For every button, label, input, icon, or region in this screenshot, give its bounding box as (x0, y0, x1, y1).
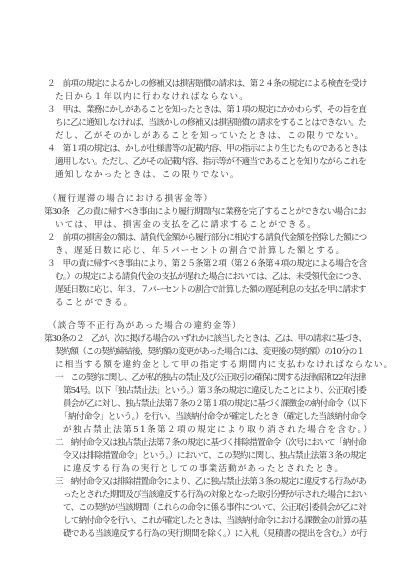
document-text-line: ったとされた期間及び当該違反する行為の対象となった取引分野が示された場合におい (63, 490, 366, 501)
document-text-line: 一 この契約に関し、乙が私的独占の禁止及び公正取引の確保に関する法律(昭和22年… (55, 373, 366, 384)
document-text-line: 員会が乙に対し、独占禁止法第７条の２第１項の規定に基づく課徴金の納付命令（以下 (63, 399, 366, 410)
document-text-line: き、遅延日数に応じ、年５パーセントの割合で計算した額とする。 (55, 246, 345, 257)
document-text-line: 第30条の２ 乙が、次に掲げる場合のいずれかに該当したときは、乙は、甲の請求に基… (44, 334, 366, 345)
document-text-line: ３ 甲は、業務にかしがあることを知ったときは、第１項の規定にかかわらず、その旨を… (47, 105, 366, 116)
document-text-line: 遅延日数に応じ、年３．７パーセントの割合で計算した額の遅延利息の支払を甲に請求す (55, 285, 366, 296)
document-text-line: ちに乙に通知しなければ、当該かしの修補又は損害賠償の請求をすることはできない。た (55, 118, 366, 129)
document-text-line: に違反する行為の実行としての事業活動があったとされたとき。 (63, 464, 344, 475)
document-text-line: （談合等不正行為があった場合の違約金等） (48, 321, 242, 332)
document-text-line: いては、甲は、損害金の支払を乙に請求することができる。 (55, 220, 317, 231)
document-text-line: に相当する額を違約金として甲の指定する期間内に支払わなければならない。 (55, 360, 393, 371)
document-text-line: ２ 前項の損害金の額は、請負代金額から履行部分に相応する請負代金額を控除した額に… (47, 233, 366, 244)
document-text-line: て、この契約が当該期間（これらの命令に係る事件について、公正取引委員会が乙に対 (63, 503, 366, 514)
document-text-line: む。）の規定による請負代金の支払が遅れた場合においては、乙は、未受領代金につき、 (55, 272, 366, 283)
document-text-line: た日から１年以内に行わなければならない。 (55, 92, 249, 103)
document-text-line: 礎である当該違反する行為の実行期間を除く。）に入札（見積書の提出を含む。）が行 (63, 529, 367, 540)
document-text-line: 「納付命令」という。）を行い、当該納付命令が確定したとき（確定した当該納付命令 (60, 412, 366, 423)
document-text-line: ３ 甲の責に帰すべき事由により、第２５条第２項（第２６条第４項の規定による場合を… (47, 259, 366, 270)
document-text-line: ることができる。 (55, 298, 134, 309)
document-text-line: して納付命令を行い、これが確定したときは、当該納付命令における課徴金の計算の基 (63, 516, 366, 527)
document-text-line: 通知しなかったときは、この限りでない。 (55, 170, 240, 181)
document-text-line: ２ 前項の規定によるかしの修補又は損害賠償の請求は、第２４条の規定による検査を受… (47, 79, 367, 90)
document-text-line: だし、乙がそのかしがあることを知っていたときは、この限りでない。 (55, 131, 364, 142)
document-text-line: が独占禁止法第51条第２項の規定により取り消された場合を含む。） (63, 425, 373, 436)
document-text-line: 二 納付命令又は独占禁止法第７条の規定に基づく排除措置命令（次号において「納付命 (55, 438, 366, 449)
document-text-line: 第54号。以下「独占禁止法」という。）第３条の規定に違反したことにより、公正取引… (63, 386, 366, 397)
document-text-line: 契約額（この契約締結後、契約額の変更があった場合には、変更後の契約額）の10分の… (55, 347, 364, 358)
document-text-line: 第30条 乙の責に帰すべき事由により履行期間内に業務を完了することができない場合… (44, 207, 366, 218)
document-text-line: 令又は排除措置命令」という。）において、この契約に関し、独占禁止法第３条の規定 (63, 451, 366, 462)
document-text-line: （履行遅滞の場合における損害金等） (48, 194, 213, 205)
document-text-line: 適用しない。ただし、乙がその記載内容、指示等が不適当であることを知りながらこれを (55, 157, 366, 168)
document-text-line: ４ 第１項の規定は、かしが仕様書等の記載内容、甲の指示により生じたものであるとき… (47, 144, 367, 155)
document-text-line: 三 納付命令又は排除措置命令により、乙に独占禁止法第３条の規定に違反する行為があ (55, 477, 366, 488)
document-page: ２ 前項の規定によるかしの修補又は損害賠償の請求は、第２４条の規定による検査を受… (0, 0, 410, 580)
